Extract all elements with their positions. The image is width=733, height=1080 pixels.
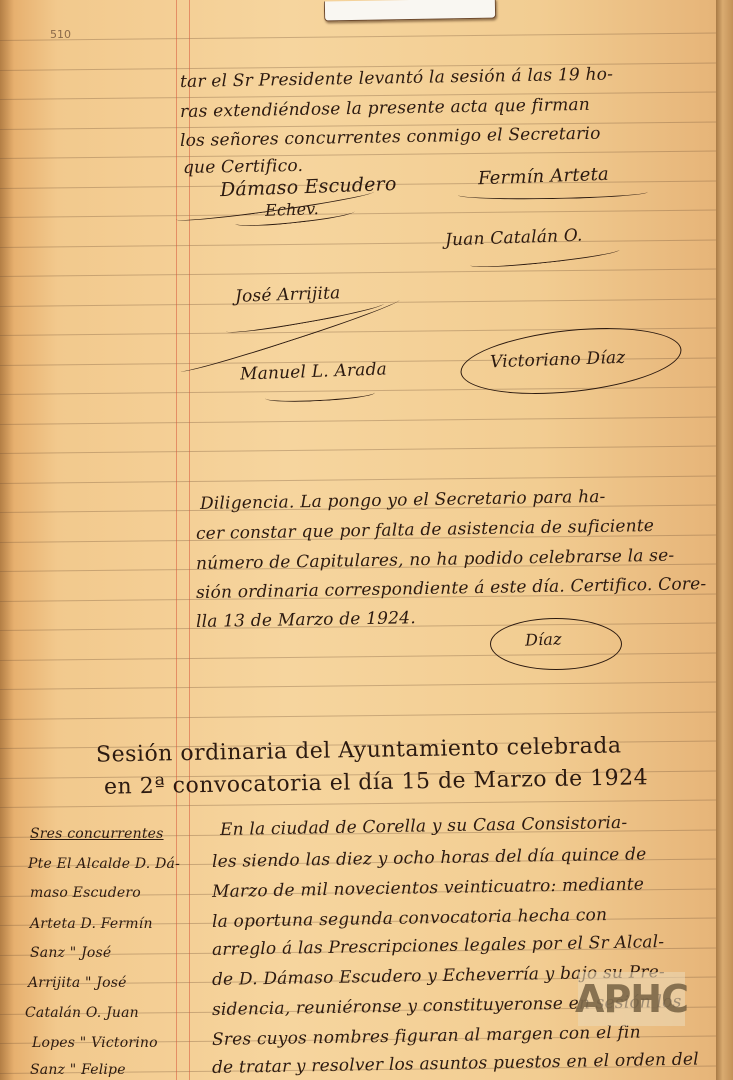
spine-shadow — [0, 0, 14, 1080]
attendee-line: Sanz " José — [30, 945, 111, 961]
index-tab — [324, 0, 496, 21]
margin-rule-left — [176, 0, 177, 1080]
continuation-line: que Certifico. — [183, 156, 303, 178]
attendee-line: Lopes " Victorino — [32, 1035, 158, 1051]
attendee-line: maso Escudero — [30, 885, 141, 901]
attendee-line: Catalán O. Juan — [25, 1005, 139, 1021]
secretary-rubric: Díaz — [525, 629, 562, 649]
attendees-heading: Sres concurrentes — [30, 826, 164, 842]
archive-watermark: APHC — [578, 972, 685, 1026]
diligencia-line: lla 13 de Marzo de 1924. — [196, 608, 416, 632]
folio-number: 510 — [50, 28, 71, 41]
attendee-line: Sanz " Felipe — [30, 1062, 126, 1078]
attendee-line: Arrijita " José — [28, 975, 127, 991]
attendee-line: Pte El Alcalde D. Dá- — [28, 856, 180, 872]
signature: José Arrijita — [235, 283, 341, 307]
watermark-text: APHC — [575, 977, 688, 1021]
page-stack-edge — [716, 0, 733, 1080]
attendee-line: Arteta D. Fermín — [30, 916, 153, 932]
